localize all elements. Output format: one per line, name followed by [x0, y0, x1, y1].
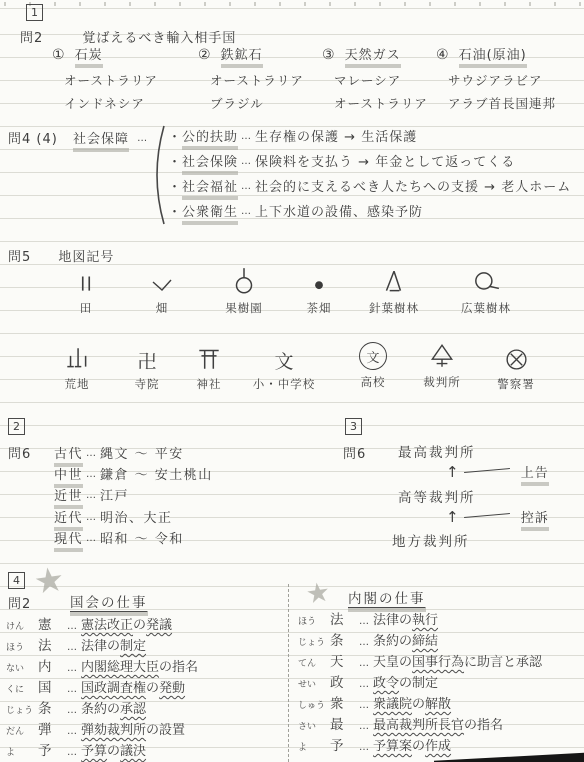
welfare-term: 公的扶助: [182, 130, 238, 150]
map-symbol-orchard: 果樹園: [204, 266, 284, 316]
shrine-icon: [176, 342, 242, 372]
separator-dots: …: [64, 642, 81, 653]
duty-text: の: [146, 677, 159, 696]
era-desc: 縄文 〜 平安: [100, 447, 184, 462]
map-symbol-label: 茶畑: [283, 300, 355, 316]
bullet: ・: [168, 205, 182, 220]
era-term: 現代: [54, 532, 83, 552]
duty-text: の: [107, 740, 120, 759]
school-icon: 文: [234, 342, 334, 372]
duty-text: 内閣総理大臣: [81, 656, 159, 675]
duty-text: 弾劾裁判所: [81, 719, 146, 738]
duty-text: の制定: [399, 672, 438, 691]
duty-text: 制定: [120, 635, 146, 654]
rice-field-icon: [50, 266, 122, 296]
duty-text: 議決: [120, 740, 146, 759]
duty-text: 発議: [146, 614, 172, 633]
import-country: アラブ首長国連邦: [448, 92, 556, 115]
separator-dots: …: [356, 637, 373, 648]
separator-dots: …: [64, 705, 81, 716]
duty-row: しゅう衆…衆議院の解散: [298, 692, 542, 713]
orchard-icon: [204, 266, 284, 296]
field-icon: [126, 266, 198, 296]
duty-text: に助言と承認: [464, 651, 542, 670]
mnemonic-kana: ほう: [6, 640, 38, 653]
separator-dots: …: [238, 156, 255, 167]
mnemonic-kana: せい: [298, 677, 330, 690]
mnemonic-kana: よ: [298, 740, 330, 753]
separator-dots: …: [356, 658, 373, 669]
duty-text: 予算: [81, 740, 107, 759]
map-symbol-tea-field: 茶畑: [283, 266, 355, 316]
bullet: ・: [168, 130, 182, 145]
duty-text: 予算案: [373, 735, 412, 754]
question-4-label: 問4 (4): [8, 132, 58, 147]
duty-row: じょう条…条約の締結: [298, 629, 542, 650]
duty-text: 最高裁判所長官: [373, 714, 464, 733]
mnemonic-char: 予: [38, 739, 64, 759]
map-symbol-rice-field: 田: [50, 266, 122, 316]
duty-text: 国政調査権: [81, 677, 146, 696]
era-desc: 明治、大正: [100, 511, 173, 526]
star-icon: ★: [32, 562, 67, 600]
import-country: オーストラリア: [334, 92, 428, 115]
separator-dots: …: [356, 616, 373, 627]
era-list: 古代…縄文 〜 平安 中世…鎌倉 〜 安土桃山 近世…江戸 近代…明治、大正 現…: [54, 443, 213, 549]
section-number-3: 3: [345, 418, 362, 435]
duty-text: 締結: [412, 630, 438, 649]
question-5-title: 地図記号: [58, 250, 114, 265]
import-resource-name: 石油(原油): [459, 48, 527, 68]
mnemonic-char: 弾: [38, 718, 64, 738]
duty-row: よ予…予算案の作成: [298, 734, 542, 755]
era-row: 古代…縄文 〜 平安: [54, 443, 213, 464]
import-country: オーストラリア: [210, 69, 304, 92]
import-country: サウジアラビア: [448, 69, 556, 92]
separator-dots: …: [64, 684, 81, 695]
welfare-desc: 保険料を支払う → 年金として返ってくる: [255, 155, 515, 170]
duty-text: 衆議院: [373, 693, 412, 712]
map-symbol-label: 神社: [176, 376, 242, 392]
map-symbol-label: 田: [50, 300, 122, 316]
duty-row: てん天…天皇の国事行為に助言と承認: [298, 650, 542, 671]
circled-number: ③: [322, 47, 336, 63]
connector-line: [464, 468, 510, 473]
separator-dots: …: [356, 742, 373, 753]
mnemonic-kana: しゅう: [298, 698, 330, 711]
map-symbol-courthouse: 裁判所: [404, 340, 480, 390]
era-row: 近世…江戸: [54, 485, 213, 506]
mnemonic-char: 条: [330, 629, 356, 649]
era-desc: 鎌倉 〜 安土桃山: [100, 468, 213, 483]
mnemonic-char: 内: [38, 655, 64, 675]
map-symbol-label: 畑: [126, 300, 198, 316]
mnemonic-char: 法: [38, 634, 64, 654]
duty-text: 法律の: [81, 635, 120, 654]
map-symbol-field: 畑: [126, 266, 198, 316]
import-country: ブラジル: [210, 92, 304, 115]
separator-dots: …: [83, 448, 100, 459]
map-symbol-high-school: 文 高校: [338, 340, 408, 390]
mnemonic-char: 予: [330, 734, 356, 754]
circled-number: ①: [52, 47, 66, 63]
police-station-icon: [478, 342, 554, 372]
duty-row: だん弾…弾劾裁判所の設置: [6, 718, 198, 739]
separator-dots: …: [83, 533, 100, 544]
appeal-top-row: ↑ 上告: [446, 462, 549, 481]
era-desc: 昭和 〜 令和: [100, 532, 184, 547]
map-symbol-school: 文 小・中学校: [234, 342, 334, 392]
map-symbol-label: 警察署: [478, 376, 554, 392]
question-4-header: 問4 (4) 社会保障 …: [8, 128, 151, 147]
tea-field-icon: [283, 266, 355, 296]
map-symbol-police-station: 警察署: [478, 342, 554, 392]
question-5-header: 問5 地図記号: [8, 246, 114, 265]
mnemonic-kana: けん: [6, 619, 38, 632]
duty-text: の設置: [146, 719, 185, 738]
map-symbol-label: 裁判所: [404, 374, 480, 390]
separator-dots: …: [356, 721, 373, 732]
duty-text: の指名: [159, 656, 198, 675]
map-symbol-label: 広葉樹林: [438, 300, 534, 316]
separator-dots: …: [356, 679, 373, 690]
map-symbol-label: 針葉樹林: [348, 300, 440, 316]
section-number-1: 1: [26, 4, 43, 21]
mnemonic-char: 条: [38, 697, 64, 717]
curly-bracket: [148, 124, 166, 226]
duty-text: 解散: [425, 693, 451, 712]
separator-dots: …: [83, 469, 100, 480]
import-column-oil: ④石油(原油) サウジアラビア アラブ首長国連邦: [436, 44, 556, 115]
question-5-label: 問5: [8, 250, 31, 265]
welfare-desc: 生存権の保護 → 生活保護: [255, 130, 417, 145]
duty-row: ほう法…法律の執行: [298, 608, 542, 629]
separator-dots: …: [64, 621, 81, 632]
map-symbol-label: 小・中学校: [234, 376, 334, 392]
duty-row: さい最…最高裁判所長官の指名: [298, 713, 542, 734]
temple-icon: 卍: [114, 342, 180, 372]
mnemonic-kana: てん: [298, 656, 330, 669]
duty-text: 天皇の: [373, 651, 412, 670]
duty-text: 承認: [120, 698, 146, 717]
separator-dots: …: [83, 490, 100, 501]
mnemonic-kana: よ: [6, 745, 38, 758]
list-item: ・社会福祉…社会的に支えるべき人たちへの支援 → 老人ホーム: [168, 176, 571, 201]
social-security-list: ・公的扶助…生存権の保護 → 生活保護 ・社会保険…保険料を支払う → 年金とし…: [168, 126, 571, 226]
duty-text: の: [412, 735, 425, 754]
circled-number: ②: [198, 47, 212, 63]
mnemonic-char: 国: [38, 676, 64, 696]
welfare-term: 社会福祉: [182, 180, 238, 200]
import-resource-name: 石炭: [75, 48, 103, 68]
list-item: ・公衆衛生…上下水道の設備、感染予防: [168, 201, 571, 226]
duty-text: 条約の: [81, 698, 120, 717]
mnemonic-char: 天: [330, 650, 356, 670]
duty-text: 発動: [159, 677, 185, 696]
mnemonic-kana: ない: [6, 661, 38, 674]
mnemonic-kana: だん: [6, 724, 38, 737]
question-6-label-left: 問6: [8, 443, 31, 462]
duty-text: の指名: [464, 714, 503, 733]
question-2-label-bottom: 問2: [8, 593, 31, 612]
separator-dots: …: [64, 747, 81, 758]
bullet: ・: [168, 180, 182, 195]
welfare-term: 公衆衛生: [182, 205, 238, 225]
mnemonic-char: 衆: [330, 692, 356, 712]
import-column-coal: ①石炭 オーストラリア インドネシア: [52, 44, 158, 115]
map-symbol-label: 寺院: [114, 376, 180, 392]
diet-duties-list: けん憲…憲法改正の発議 ほう法…法律の制定 ない内…内閣総理大臣の指名 くに国……: [6, 613, 198, 760]
era-row: 現代…昭和 〜 令和: [54, 528, 213, 549]
duty-row: ほう法…法律の制定: [6, 634, 198, 655]
section-number-2: 2: [8, 418, 25, 435]
notebook-page: 1 問2 覚ばえるべき輸入相手国 ①石炭 オーストラリア インドネシア ②鉄鉱石…: [0, 0, 584, 762]
import-column-natural-gas: ③天然ガス マレーシア オーストラリア: [322, 44, 428, 115]
mnemonic-kana: ほう: [298, 614, 330, 627]
list-item: ・社会保険…保険料を支払う → 年金として返ってくる: [168, 151, 571, 176]
separator-dots: …: [64, 726, 81, 737]
court-high: 高等裁判所: [398, 486, 476, 506]
broadleaf-forest-icon: [438, 266, 534, 296]
import-column-iron-ore: ②鉄鉱石 オーストラリア ブラジル: [198, 44, 304, 115]
map-symbol-temple: 卍 寺院: [114, 342, 180, 392]
mnemonic-char: 憲: [38, 613, 64, 633]
separator-dots: …: [238, 181, 255, 192]
duty-text: の: [412, 693, 425, 712]
bullet: ・: [168, 155, 182, 170]
map-symbol-label: 果樹園: [204, 300, 284, 316]
duty-row: ない内…内閣総理大臣の指名: [6, 655, 198, 676]
map-symbol-conifer-forest: 針葉樹林: [348, 266, 440, 316]
separator-dots: …: [238, 131, 255, 142]
duty-text: 作成: [425, 735, 451, 754]
question-4-topic: 社会保障: [73, 132, 129, 152]
duty-row: じょう条…条約の承認: [6, 697, 198, 718]
court-supreme: 最高裁判所: [398, 441, 476, 461]
appeal-label: 上告: [521, 466, 549, 486]
map-symbol-label: 荒地: [44, 376, 110, 392]
appeal-middle-row: ↑ 控訴: [446, 507, 549, 526]
welfare-term: 社会保険: [182, 155, 238, 175]
duty-text: 法律の: [373, 609, 412, 628]
import-country: オーストラリア: [64, 69, 158, 92]
duty-row: よ予…予算の議決: [6, 739, 198, 760]
map-symbol-label: 高校: [338, 374, 408, 390]
mnemonic-char: 法: [330, 608, 356, 628]
high-school-icon: 文: [338, 340, 408, 370]
mnemonic-char: 政: [330, 671, 356, 691]
mnemonic-kana: くに: [6, 682, 38, 695]
mnemonic-char: 最: [330, 713, 356, 733]
court-district: 地方裁判所: [392, 530, 470, 550]
connector-line: [464, 513, 510, 518]
era-desc: 江戸: [100, 489, 129, 504]
high-school-glyph: 文: [366, 347, 379, 366]
duty-text: の: [133, 614, 146, 633]
map-symbol-broadleaf-forest: 広葉樹林: [438, 266, 534, 316]
separator-dots: …: [356, 700, 373, 711]
up-arrow-icon: ↑: [446, 463, 459, 481]
list-item: ・公的扶助…生存権の保護 → 生活保護: [168, 126, 571, 151]
duty-row: せい政…政令の制定: [298, 671, 542, 692]
appeal-label: 控訴: [521, 511, 549, 531]
welfare-desc: 社会的に支えるべき人たちへの支援 → 老人ホーム: [255, 180, 571, 195]
mnemonic-kana: さい: [298, 719, 330, 732]
duty-row: けん憲…憲法改正の発議: [6, 613, 198, 634]
import-country: インドネシア: [64, 92, 158, 115]
era-row: 近代…明治、大正: [54, 507, 213, 528]
map-symbol-wasteland: 荒地: [44, 342, 110, 392]
separator-dots: …: [238, 206, 255, 217]
welfare-desc: 上下水道の設備、感染予防: [255, 205, 423, 220]
duty-text: 憲法改正: [81, 614, 133, 633]
duty-row: くに国…国政調査権の発動: [6, 676, 198, 697]
map-symbol-shrine: 神社: [176, 342, 242, 392]
duty-text: 条約の: [373, 630, 412, 649]
separator-dots: …: [83, 512, 100, 523]
up-arrow-icon: ↑: [446, 508, 459, 526]
separator-dots: …: [64, 663, 81, 674]
question-2-label: 問2: [20, 31, 43, 46]
duty-text: 執行: [412, 609, 438, 628]
conifer-forest-icon: [348, 266, 440, 296]
import-resource-name: 天然ガス: [345, 48, 401, 68]
star-icon: ★: [304, 578, 332, 608]
wasteland-icon: [44, 342, 110, 372]
notebook-top-ticks: [4, 2, 584, 6]
question-6-label-right: 問6: [343, 443, 366, 462]
era-row: 中世…鎌倉 〜 安土桃山: [54, 464, 213, 485]
import-country: マレーシア: [334, 69, 428, 92]
import-resource-name: 鉄鉱石: [221, 48, 263, 68]
section-number-4: 4: [8, 572, 25, 589]
mnemonic-kana: じょう: [6, 703, 38, 716]
column-divider: [288, 584, 289, 762]
mnemonic-kana: じょう: [298, 635, 330, 648]
cabinet-duties-list: ほう法…法律の執行 じょう条…条約の締結 てん天…天皇の国事行為に助言と承認 せ…: [298, 608, 542, 755]
courthouse-icon: [404, 340, 480, 370]
circled-number: ④: [436, 47, 450, 63]
duty-text: 政令: [373, 672, 399, 691]
duty-text: 国事行為: [412, 651, 464, 670]
